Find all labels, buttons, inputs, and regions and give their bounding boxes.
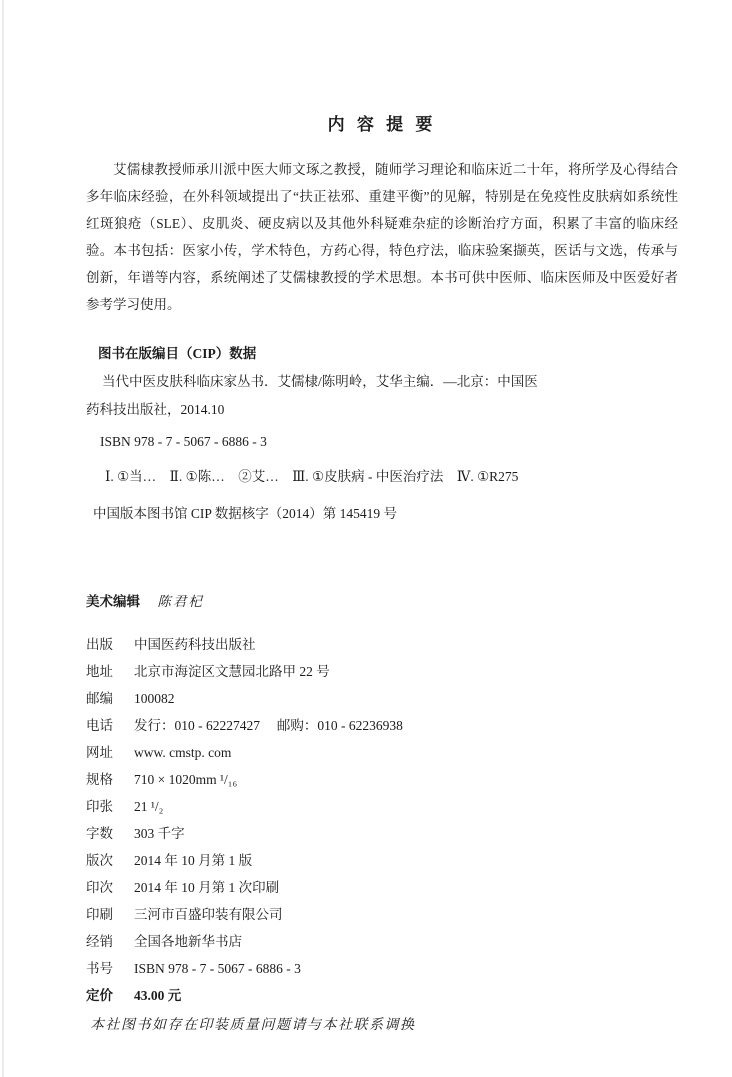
page-content: 内 容 提 要 艾儒棣教授师承川派中医大师文琢之教授，随师学习理论和临床近二十年… bbox=[0, 0, 732, 1039]
colophon-value: 2014 年 10 月第 1 版 bbox=[134, 847, 678, 874]
cip-heading: 图书在版编目（CIP）数据 bbox=[86, 340, 678, 368]
colophon-value: 全国各地新华书店 bbox=[134, 928, 678, 955]
colophon-row: 版次 2014 年 10 月第 1 版 bbox=[86, 847, 678, 874]
colophon-label: 网址 bbox=[86, 739, 134, 766]
art-editor-row: 美术编辑 陈君杞 bbox=[86, 588, 678, 615]
cip-isbn: ISBN 978 - 7 - 5067 - 6886 - 3 bbox=[86, 428, 678, 456]
colophon-value: 中国医药科技出版社 bbox=[134, 631, 678, 658]
colophon-row: 印刷 三河市百盛印装有限公司 bbox=[86, 901, 678, 928]
colophon-value: 北京市海淀区文慧园北路甲 22 号 bbox=[134, 658, 678, 685]
colophon-row: 字数 303 千字 bbox=[86, 820, 678, 847]
colophon-value: 303 千字 bbox=[134, 820, 678, 847]
colophon-row: 网址 www. cmstp. com bbox=[86, 739, 678, 766]
colophon-row: 印张 21 ¹/₂ bbox=[86, 793, 678, 820]
colophon-value: 三河市百盛印装有限公司 bbox=[134, 901, 678, 928]
colophon-label: 邮编 bbox=[86, 685, 134, 712]
colophon-value: www. cmstp. com bbox=[134, 739, 678, 766]
price-value: 43.00 元 bbox=[134, 982, 678, 1009]
quality-notice: 本社图书如存在印装质量问题请与本社联系调换 bbox=[86, 1012, 678, 1039]
summary-paragraph: 艾儒棣教授师承川派中医大师文琢之教授，随师学习理论和临床近二十年，将所学及心得结… bbox=[86, 156, 678, 318]
colophon-label: 字数 bbox=[86, 820, 134, 847]
colophon-label: 经销 bbox=[86, 928, 134, 955]
colophon-row: 印次 2014 年 10 月第 1 次印刷 bbox=[86, 874, 678, 901]
book-copyright-page: 内 容 提 要 艾儒棣教授师承川派中医大师文琢之教授，随师学习理论和临床近二十年… bbox=[0, 0, 732, 1077]
colophon-label: 书号 bbox=[86, 955, 134, 982]
price-label: 定价 bbox=[86, 982, 134, 1009]
cip-title-line: 当代中医皮肤科临床家丛书．艾儒棣/陈明岭，艾华主编．—北京：中国医 bbox=[86, 368, 678, 396]
colophon-label: 印次 bbox=[86, 874, 134, 901]
colophon-row: 电话 发行：010 - 62227427 邮购：010 - 62236938 bbox=[86, 712, 678, 739]
colophon-label: 规格 bbox=[86, 766, 134, 793]
colophon-label: 印刷 bbox=[86, 901, 134, 928]
colophon-label: 出版 bbox=[86, 631, 134, 658]
art-editor-name: 陈君杞 bbox=[157, 594, 204, 609]
cip-record: 中国版本图书馆 CIP 数据核字（2014）第 145419 号 bbox=[86, 500, 678, 528]
colophon-value: ISBN 978 - 7 - 5067 - 6886 - 3 bbox=[134, 955, 678, 982]
colophon-value: 发行：010 - 62227427 邮购：010 - 62236938 bbox=[134, 712, 678, 739]
colophon-label: 版次 bbox=[86, 847, 134, 874]
colophon-value: 21 ¹/₂ bbox=[134, 793, 678, 820]
colophon-label: 电话 bbox=[86, 712, 134, 739]
colophon-row: 经销 全国各地新华书店 bbox=[86, 928, 678, 955]
colophon-value: 2014 年 10 月第 1 次印刷 bbox=[134, 874, 678, 901]
page-edge-line bbox=[2, 0, 4, 1077]
colophon-row: 地址 北京市海淀区文慧园北路甲 22 号 bbox=[86, 658, 678, 685]
art-editor-label: 美术编辑 bbox=[86, 594, 140, 609]
colophon-row: 出版 中国医药科技出版社 bbox=[86, 631, 678, 658]
colophon-label: 印张 bbox=[86, 793, 134, 820]
price-row: 定价 43.00 元 bbox=[86, 982, 678, 1009]
colophon-value: 100082 bbox=[134, 685, 678, 712]
cip-block: 图书在版编目（CIP）数据 当代中医皮肤科临床家丛书．艾儒棣/陈明岭，艾华主编．… bbox=[86, 340, 678, 528]
colophon-list: 出版 中国医药科技出版社 地址 北京市海淀区文慧园北路甲 22 号 邮编 100… bbox=[86, 631, 678, 1009]
colophon-value: 710 × 1020mm ¹/₁₆ bbox=[134, 766, 678, 793]
cip-classification: Ⅰ. ①当… Ⅱ. ①陈… ②艾… Ⅲ. ①皮肤病 - 中医治疗法 Ⅳ. ①R2… bbox=[86, 463, 678, 491]
cip-title-line: 药科技出版社，2014.10 bbox=[86, 396, 678, 424]
colophon-label: 地址 bbox=[86, 658, 134, 685]
colophon-row: 邮编 100082 bbox=[86, 685, 678, 712]
summary-title: 内 容 提 要 bbox=[86, 0, 678, 138]
colophon-row: 规格 710 × 1020mm ¹/₁₆ bbox=[86, 766, 678, 793]
colophon-row: 书号 ISBN 978 - 7 - 5067 - 6886 - 3 bbox=[86, 955, 678, 982]
